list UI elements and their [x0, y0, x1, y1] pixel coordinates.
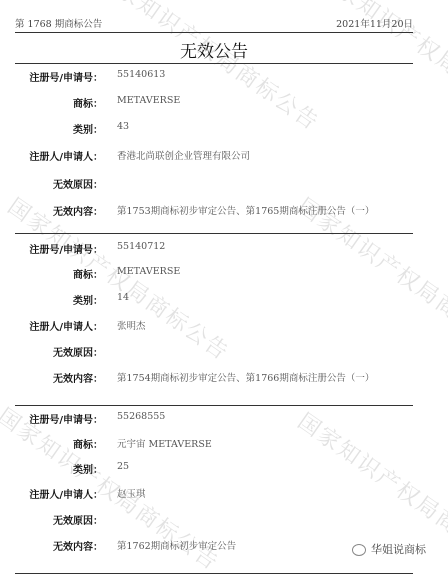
- label: 注册人/申请人：: [0, 148, 103, 163]
- issue-date: 2021年11月20日: [336, 16, 413, 30]
- value: 香港北尚联创企业管理有限公司: [117, 148, 250, 162]
- issue-number: 第 1768 期商标公告: [15, 16, 102, 30]
- value: METAVERSE: [117, 95, 180, 106]
- value: 55140613: [117, 69, 165, 80]
- label: 商标：: [0, 436, 103, 451]
- label: 注册人/申请人：: [0, 318, 103, 333]
- label: 无效内容：: [0, 203, 103, 218]
- label: 无效原因：: [0, 176, 103, 191]
- label: 无效内容：: [0, 538, 103, 553]
- label: 注册号/申请号：: [0, 241, 103, 256]
- label: 商标：: [0, 266, 103, 281]
- value: 第1754期商标初步审定公告、第1766期商标注册公告（一）: [117, 370, 374, 384]
- value: 55268555: [117, 411, 165, 422]
- wechat-icon: [352, 544, 366, 556]
- value: 张明杰: [117, 318, 146, 332]
- divider: [15, 32, 413, 33]
- label: 无效原因：: [0, 512, 103, 527]
- divider: [15, 63, 413, 64]
- label: 无效内容：: [0, 370, 103, 385]
- label: 注册号/申请号：: [0, 69, 103, 84]
- value: 赵玉琪: [117, 486, 146, 500]
- value: 55140712: [117, 241, 165, 252]
- label: 无效原因：: [0, 344, 103, 359]
- value: 25: [117, 461, 129, 472]
- value: 14: [117, 292, 129, 303]
- account-logo: 华姐说商标: [352, 541, 426, 557]
- page-header: 第 1768 期商标公告 2021年11月20日: [15, 16, 413, 32]
- label: 注册号/申请号：: [0, 411, 103, 426]
- page-title: 无效公告: [0, 37, 428, 62]
- label: 类别：: [0, 461, 103, 476]
- label: 商标：: [0, 95, 103, 110]
- label: 类别：: [0, 121, 103, 136]
- value: 第1753期商标初步审定公告、第1765期商标注册公告（一）: [117, 203, 374, 217]
- divider: [15, 405, 413, 406]
- label: 类别：: [0, 292, 103, 307]
- divider: [15, 573, 413, 574]
- divider: [15, 233, 413, 234]
- value: METAVERSE: [117, 266, 180, 277]
- value: 43: [117, 121, 129, 132]
- value: 第1762期商标初步审定公告: [117, 538, 236, 552]
- logo-text: 华姐说商标: [371, 543, 426, 556]
- label: 注册人/申请人：: [0, 486, 103, 501]
- value: 元宇宙 METAVERSE: [117, 436, 212, 450]
